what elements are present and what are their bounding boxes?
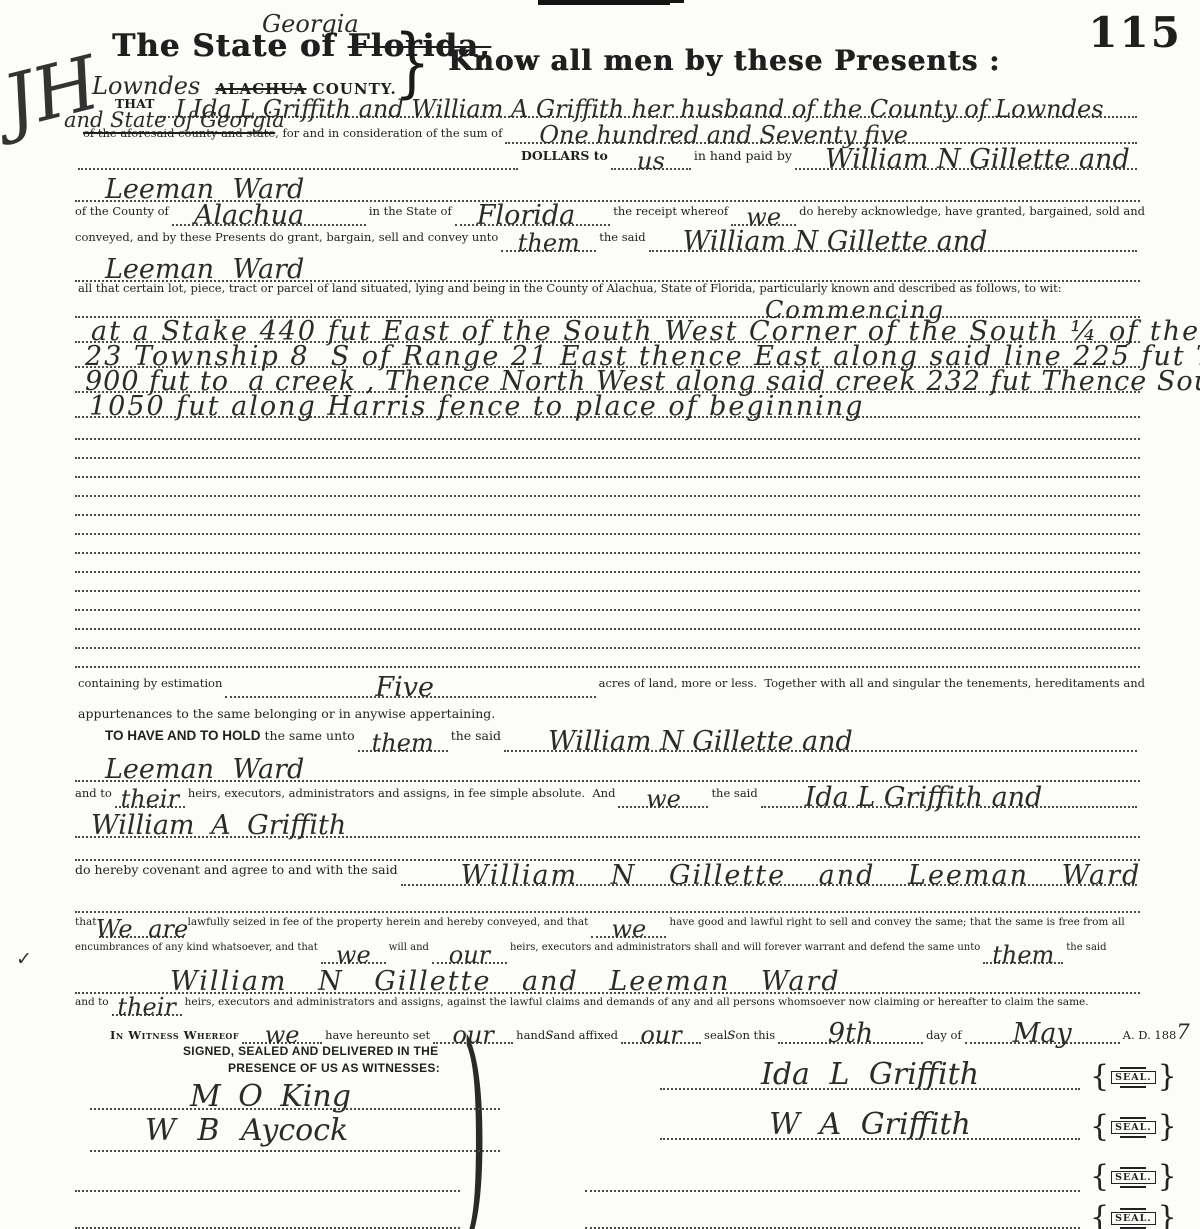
blank-ruled-line (75, 476, 1140, 478)
will-and: will and (389, 942, 429, 953)
seal-brace-right: } (1158, 1062, 1177, 1092)
witness-signature-line-2: W B Aycock (90, 1116, 500, 1152)
seal-badge-3: { SEAL. } (1090, 1162, 1177, 1192)
dotted-line: We are (99, 936, 184, 938)
the-said-1: the said (599, 230, 645, 244)
us-handwritten: us (637, 149, 665, 173)
acres-clause: acres of land, more or less. Together wi… (599, 676, 1145, 690)
seal-text: SEAL. (1111, 1212, 1155, 1225)
dotted-line: Alachua (172, 224, 366, 226)
aforesaid-struck: of the aforesaid county and state (83, 126, 275, 140)
blank-ruled-line (75, 533, 1140, 535)
dotted-line: William N Gillette and Leeman Ward (401, 884, 1137, 886)
grantee-handwritten-2: Leeman Ward (105, 256, 304, 283)
grantors-handwritten: I Ida L Griffith and William A Griffith … (175, 97, 1103, 121)
description-line-3: 900 fut to a creek , Thence North West a… (75, 368, 1140, 393)
blank-ruled-line (75, 438, 1140, 440)
of-the-county-of: of the County of (75, 204, 169, 218)
seal-brace-left: { (1090, 1112, 1109, 1142)
dotted-line: we (618, 806, 708, 808)
scan-artifact (538, 0, 670, 5)
their-handwritten-1: their (121, 787, 179, 811)
scan-artifact (666, 0, 684, 3)
deed-page: 115 JH ✓ Georgia The State of Florida, }… (0, 0, 1200, 1229)
blank-ruled-line (75, 666, 1140, 668)
dotted-line: us (611, 168, 691, 170)
dollars-to: DOLLARS to (521, 148, 608, 163)
seal-badge-4: { SEAL. } (1090, 1203, 1177, 1229)
dotted-line: them (358, 750, 448, 752)
containing-line: containing by estimation Five acres of l… (78, 676, 1145, 702)
dotted-line: them (983, 962, 1063, 964)
blank-ruled-line (75, 571, 1140, 573)
habendum-grantee-line-2: Leeman Ward (75, 756, 1140, 782)
grantor1-signature: Ida L Griffith (761, 1060, 979, 1090)
heirs-clause: heirs, executors, administrators and ass… (188, 786, 616, 800)
warrant-grantees-line: William N Gillette and Leeman Ward (75, 968, 1140, 994)
seal-rule (1120, 1086, 1146, 1088)
receipt-whereof: the receipt whereof (613, 204, 728, 218)
covenant-grantees: William N Gillette and Leeman Ward (461, 862, 1142, 889)
payor-handwritten-1: William N Gillette and (825, 146, 1130, 173)
and-affixed: and affixed (553, 1028, 618, 1042)
grantor-handwritten-1: Ida L Griffith and (805, 784, 1043, 811)
hand-label: hand (516, 1028, 545, 1042)
state-handwritten: Florida (477, 202, 576, 229)
them-handwritten-1: them (518, 231, 580, 255)
commencing-line: Commencing (75, 298, 1140, 318)
day-of: day of (926, 1028, 962, 1042)
seal-rule (1120, 1186, 1146, 1188)
our-handwritten-1: our (449, 943, 490, 967)
seal-label-word: seal (704, 1028, 727, 1042)
grantee-line-2: Leeman Ward (75, 256, 1140, 282)
seal-brace-right: } (1158, 1203, 1177, 1229)
on-this: on this (736, 1028, 776, 1042)
grantor2-signature: W A Griffith (769, 1110, 971, 1140)
blank-signature-line (585, 1190, 1080, 1192)
the-said-3: the said (711, 786, 757, 800)
page-number: 115 (1088, 8, 1182, 57)
witness1-signature: M O King (190, 1082, 351, 1112)
acknowledge-clause: do hereby acknowledge, have granted, bar… (799, 204, 1145, 218)
blank-ruled-line (75, 495, 1140, 497)
heirs-line: and to their heirs, executors, administr… (75, 786, 1140, 812)
seal-brace-left: { (1090, 1062, 1109, 1092)
blank-ruled-line (75, 457, 1140, 459)
blank-ruled-line (75, 1190, 460, 1192)
their-handwritten-2: their (117, 995, 175, 1019)
dotted-line: their (112, 1014, 182, 1016)
seal-rule (1120, 1227, 1146, 1229)
witness-signature-line-1: M O King (90, 1082, 500, 1110)
covenant-clause: do hereby covenant and agree to and with… (75, 862, 398, 877)
grantor-line-2: William A Griffith (75, 812, 1140, 838)
proclamation-title: Know all men by these Presents : (448, 44, 1000, 77)
seal-brace-right: } (1158, 1112, 1177, 1142)
habendum-grantee-1: William N Gillette and (548, 728, 853, 755)
dotted-line: Five (225, 696, 595, 698)
grantor-signature-line-1: Ida L Griffith (660, 1060, 1080, 1090)
seal-text: SEAL. (1111, 1171, 1155, 1184)
description-line-4: 1050 fut along Harris fence to place of … (75, 393, 1140, 418)
them-handwritten-2: them (372, 731, 434, 755)
seized-line: that We are lawfully seized in fee of th… (75, 916, 1175, 942)
blank-ruled-line (75, 552, 1140, 554)
appurtenances-line: appurtenances to the same belonging or i… (78, 706, 1140, 722)
margin-checkmark: ✓ (16, 948, 32, 970)
we-handwritten-2: we (646, 787, 681, 811)
seal-rule (1120, 1117, 1146, 1119)
consideration-printed: , for and in consideration of the sum of (275, 126, 502, 140)
blank-ruled-line (75, 514, 1140, 516)
blank-ruled-line (75, 647, 1140, 649)
dotted-line: we (591, 936, 666, 938)
header-brace: } (394, 24, 430, 100)
seal-box: SEAL. (1111, 1065, 1155, 1090)
seal-rule (1120, 1136, 1146, 1138)
convey-unto-clause: conveyed, and by these Presents do grant… (75, 230, 498, 244)
seal-box: SEAL. (1111, 1165, 1155, 1190)
seal-text: SEAL. (1111, 1121, 1155, 1134)
dotted-line: our (621, 1042, 701, 1044)
the-said-4: the said (1066, 942, 1106, 953)
witness-heading-2: PRESENCE OF US AS WITNESSES: (228, 1061, 440, 1075)
month-handwritten: May (1013, 1020, 1072, 1047)
dotted-line: we (321, 962, 386, 964)
blank-ruled-line (75, 628, 1140, 630)
grantor-signature-line-2: W A Griffith (660, 1110, 1080, 1140)
day-handwritten: 9th (828, 1020, 873, 1047)
description-line-2: 23 Township 8 S of Range 21 East thence … (75, 343, 1140, 368)
payor-line-2: Leeman Ward (75, 176, 1140, 202)
seal-badge-2: { SEAL. } (1090, 1112, 1177, 1142)
seal-brace-right: } (1158, 1162, 1177, 1192)
in-witness-whereof: In Witness Whereof (110, 1028, 239, 1042)
state-printed-prefix: The State of (112, 28, 348, 64)
seal-rule (1120, 1167, 1146, 1169)
blank-ruled-line (75, 609, 1140, 611)
dotted-line: 9th (778, 1042, 923, 1044)
convey-line: conveyed, and by these Presents do grant… (75, 230, 1140, 256)
payor-handwritten-2: Leeman Ward (105, 176, 304, 203)
to-have-and-to-hold: TO HAVE AND TO HOLD (105, 728, 261, 743)
claims-line: and to their heirs, executors and admini… (75, 996, 1160, 1020)
we-are-handwritten: We are (96, 917, 189, 941)
dotted-line: William N Gillette and (504, 750, 1137, 752)
seal-rule (1120, 1067, 1146, 1069)
blank-ruled-line (75, 590, 1140, 592)
witness-heading-1: SIGNED, SEALED AND DELIVERED IN THE (183, 1044, 438, 1058)
dotted-line: William N Gillette and (795, 168, 1137, 170)
containing-label: containing by estimation (78, 676, 222, 690)
description-intro-line: all that certain lot, piece, tract or pa… (78, 281, 1170, 297)
warrant-clause: heirs, executors and administrators shal… (510, 942, 980, 953)
that-label-2: that (75, 916, 96, 928)
acreage-handwritten: Five (375, 674, 434, 701)
have-hereunto-set: have hereunto set (325, 1028, 430, 1042)
and-to-2: and to (75, 996, 109, 1008)
dotted-line: May (965, 1042, 1120, 1044)
the-same-unto: the same unto (261, 728, 355, 743)
warrant-grantees-handwritten: William N Gillette and Leeman Ward (170, 968, 841, 995)
blank-ruled-line (75, 911, 1140, 913)
grantor-handwritten-2: William A Griffith (91, 812, 346, 839)
seal-text: SEAL. (1111, 1071, 1155, 1084)
dotted-line: our (432, 962, 507, 964)
seal-brace-left: { (1090, 1203, 1109, 1229)
hand-plural-s: s (545, 1026, 553, 1042)
dotted-line: them (501, 250, 596, 252)
covenant-line: do hereby covenant and agree to and with… (75, 862, 1140, 890)
encumbrances-line: encumbrances of any kind whatsoever, and… (75, 942, 1175, 968)
appurtenances-clause: appurtenances to the same belonging or i… (78, 706, 495, 721)
dotted-line: their (115, 806, 185, 808)
in-hand-paid-by: in hand paid by (694, 148, 792, 163)
description-intro: all that certain lot, piece, tract or pa… (78, 281, 1062, 295)
dotted-line: Ida L Griffith and (761, 806, 1137, 808)
habendum-grantee-2: Leeman Ward (105, 756, 304, 783)
grantee-handwritten-1: William N Gillette and (683, 228, 988, 255)
seal-brace-left: { (1090, 1162, 1109, 1192)
dollars-line: DOLLARS to us in hand paid by William N … (75, 148, 1140, 174)
state-printed-line: The State of Florida, (112, 28, 491, 64)
encumbrances-clause: encumbrances of any kind whatsoever, and… (75, 942, 318, 953)
we-handwritten-3: we (611, 917, 646, 941)
seal-rule (1120, 1208, 1146, 1210)
witness2-signature: W B Aycock (145, 1116, 348, 1146)
seal-box: SEAL. (1111, 1206, 1155, 1229)
dotted-line: I Ida L Griffith and William A Griffith … (157, 116, 1137, 118)
we-handwritten-4: we (336, 943, 371, 967)
seal-plural-s: s (727, 1026, 735, 1042)
and-to-1: and to (75, 786, 112, 800)
habendum-line: TO HAVE AND TO HOLD the same unto them t… (105, 728, 1140, 756)
description-line-1: at a Stake 440 fut East of the South Wes… (75, 318, 1140, 343)
dotted-line: Florida (455, 224, 611, 226)
year-digit-handwritten: 7 (1176, 1022, 1189, 1043)
seal-box: SEAL. (1111, 1115, 1155, 1140)
seized-clause: lawfully seized in fee of the property h… (187, 916, 588, 928)
dotted-line (78, 168, 518, 170)
claims-clause: heirs, executors and administrators and … (185, 996, 1089, 1008)
seal-badge-1: { SEAL. } (1090, 1062, 1177, 1092)
ad-188: A. D. 188 (1123, 1028, 1177, 1042)
the-said-2: the said (451, 728, 501, 743)
description-handwritten-4: 1050 fut along Harris fence to place of … (89, 393, 864, 420)
dotted-line: William N Gillette and (649, 250, 1137, 252)
county-handwritten: Alachua (194, 202, 304, 229)
right-clause: have good and lawful right to sell and c… (669, 916, 1124, 928)
our-handwritten-3: our (640, 1023, 681, 1047)
in-the-state-of: in the State of (369, 204, 452, 218)
them-handwritten-3: them (992, 943, 1054, 967)
